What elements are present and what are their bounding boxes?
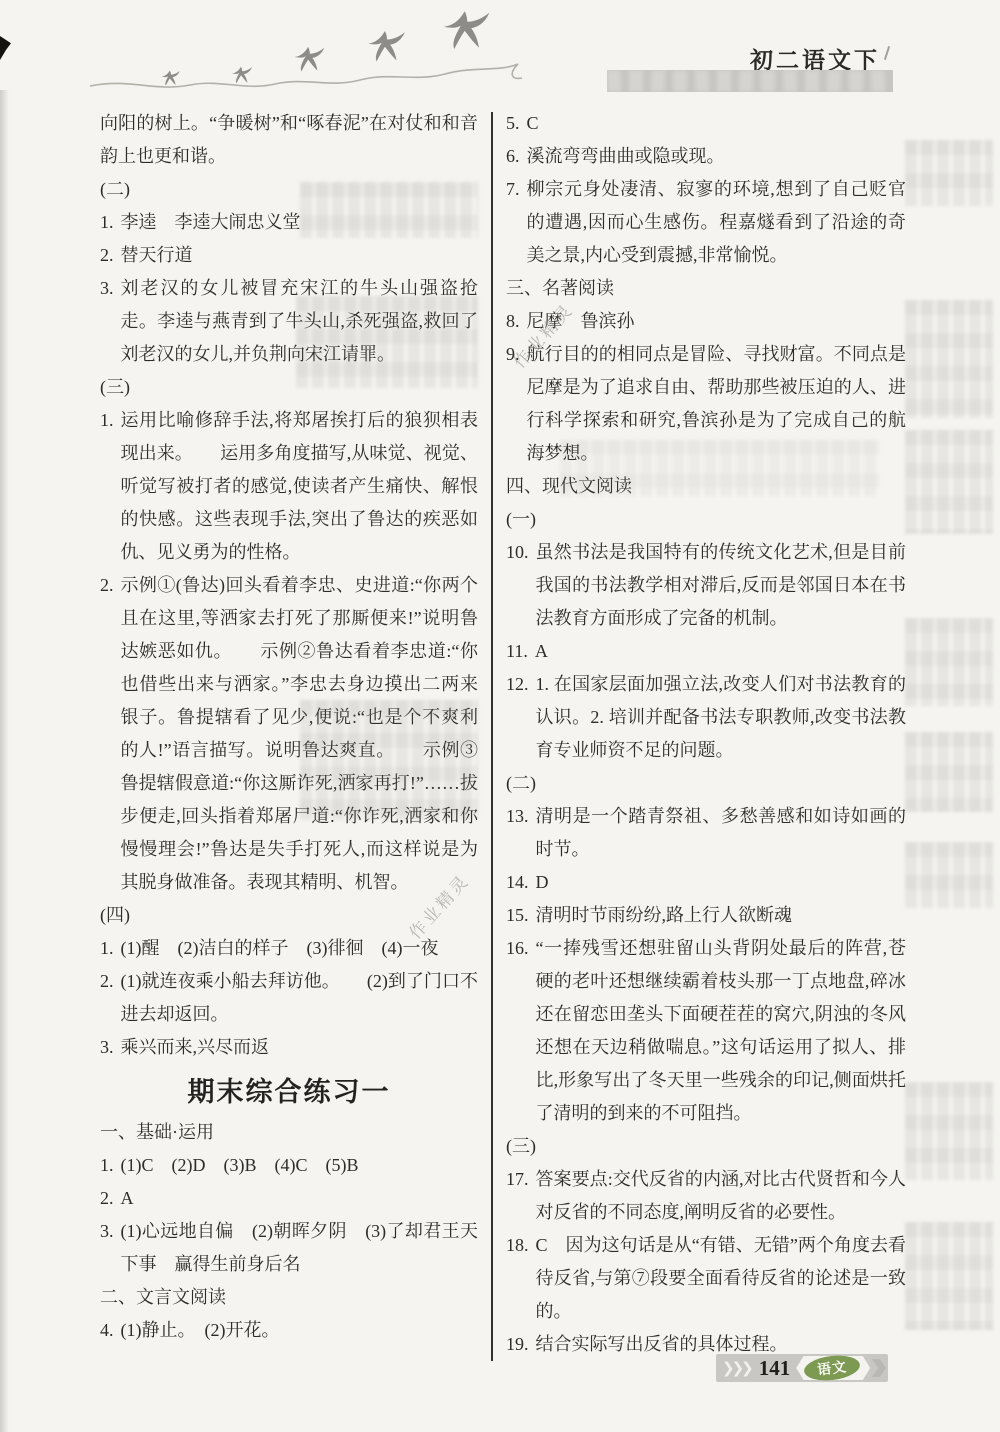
item-number: 6. [506, 140, 527, 173]
item-number: 1. [100, 932, 121, 965]
item-number: 14. [506, 866, 536, 899]
item-text: 李逵 李逵大闹忠义堂 [121, 206, 479, 239]
answer-item: 15.清明时节雨纷纷,路上行人欲断魂 [506, 899, 906, 932]
item-text: A [535, 635, 906, 668]
item-number: 1. [100, 206, 121, 239]
page-number: 141 [759, 1356, 791, 1381]
section-label: 一、基础·运用 [100, 1116, 478, 1149]
answer-item: 12.1. 在国家层面加强立法,改变人们对书法教育的认识。2. 培训并配备书法专… [506, 668, 906, 767]
item-number: 11. [506, 635, 535, 668]
item-text: 柳宗元身处凄清、寂寥的环境,想到了自己贬官的遭遇,因而心生感伤。程嘉燧看到了沿途… [527, 173, 907, 272]
item-number: 18. [506, 1229, 536, 1328]
item-text: 虽然书法是我国特有的传统文化艺术,但是目前我国的书法教学相对滞后,反而是邻国日本… [536, 536, 907, 635]
section-label: 四、现代文阅读 [506, 470, 906, 503]
section-label: (三) [100, 371, 478, 404]
answer-item: 9.航行目的的相同点是冒险、寻找财富。不同点是尼摩是为了追求自由、帮助那些被压迫… [506, 338, 906, 470]
answer-item: 3.(1)心远地自偏 (2)朝晖夕阴 (3)了却君王天下事 赢得生前身后名 [100, 1215, 478, 1281]
answer-columns: 向阳的树上。“争暖树”和“啄春泥”在对仗和和音韵上也更和谐。(二)1.李逵 李逵… [100, 107, 906, 1361]
item-number: 3. [100, 272, 121, 371]
item-text: C [527, 107, 907, 140]
item-number: 1. [100, 404, 121, 569]
answer-item: 18.C 因为这句话是从“有错、无错”两个角度去看待反省,与第⑦段要全面看待反省… [506, 1229, 906, 1328]
bleedthrough-smudge [905, 732, 993, 812]
answer-item: 16.“一捧残雪还想驻留山头背阴处最后的阵营,苍硬的老叶还想继续霸着枝头那一丁点… [506, 932, 906, 1130]
item-number: 10. [506, 536, 536, 635]
item-text: D [536, 866, 907, 899]
answer-paragraph: 向阳的树上。“争暖树”和“啄春泥”在对仗和和音韵上也更和谐。 [100, 107, 478, 173]
item-number: 19. [506, 1328, 536, 1361]
bleedthrough-smudge [905, 430, 993, 534]
item-number: 4. [100, 1314, 121, 1347]
answer-item: 10.虽然书法是我国特有的传统文化艺术,但是目前我国的书法教学相对滞后,反而是邻… [506, 536, 906, 635]
item-text: 运用比喻修辞手法,将郑屠挨打后的狼狈相表现出来。 运用多角度描写,从味觉、视觉、… [121, 404, 479, 569]
answer-item: 6.溪流弯弯曲曲或隐或现。 [506, 140, 906, 173]
item-text: 答案要点:交代反省的内涵,对比古代贤哲和今人对反省的不同态度,阐明反省的必要性。 [536, 1163, 907, 1229]
item-number: 3. [100, 1215, 121, 1281]
book-page: 初二语文下 向阳的树上。“争暖树”和“啄春泥”在对仗和和音韵上也更和谐。(二)1… [0, 0, 1000, 1432]
item-text: 溪流弯弯曲曲或隐或现。 [527, 140, 907, 173]
item-text: 清明时节雨纷纷,路上行人欲断魂 [536, 899, 907, 932]
answer-item: 1.李逵 李逵大闹忠义堂 [100, 206, 478, 239]
item-text: 乘兴而来,兴尽而返 [121, 1031, 479, 1064]
section-label: (二) [506, 767, 906, 800]
answer-item: 5.C [506, 107, 906, 140]
footer-banner: ❯❯❯ 141 语文 [716, 1354, 888, 1382]
bleedthrough-smudge [905, 300, 993, 418]
answer-item: 3.刘老汉的女儿被冒充宋江的牛头山强盗抢走。李逵与燕青到了牛头山,杀死强盗,救回… [100, 272, 478, 371]
item-number: 1. [100, 1149, 121, 1182]
item-text: (1)C (2)D (3)B (4)C (5)B [121, 1149, 479, 1182]
item-number: 2. [100, 965, 121, 1031]
bleedthrough-smudge [905, 1222, 993, 1330]
column-divider [491, 112, 493, 1361]
item-number: 17. [506, 1163, 536, 1229]
item-number: 7. [506, 173, 527, 272]
item-number: 2. [100, 1182, 121, 1215]
item-number: 3. [100, 1031, 121, 1064]
item-number: 15. [506, 899, 536, 932]
section-label: (一) [506, 503, 906, 536]
subject-badge: 语文 [796, 1354, 874, 1382]
exercise-heading: 期末综合练习一 [100, 1072, 478, 1112]
item-text: C 因为这句话是从“有错、无错”两个角度去看待反省,与第⑦段要全面看待反省的论述… [536, 1229, 907, 1328]
subject-label: 语文 [816, 1356, 848, 1380]
answer-column-left: 向阳的树上。“争暖树”和“啄春泥”在对仗和和音韵上也更和谐。(二)1.李逵 李逵… [100, 107, 478, 1361]
bleedthrough-smudge [905, 618, 993, 706]
bleedthrough-smudge [905, 140, 993, 206]
item-text: 示例①(鲁达)回头看着李忠、史进道:“你两个且在这里,等洒家去打死了那厮便来!”… [121, 569, 479, 899]
bleedthrough-smudge [905, 842, 993, 908]
item-number: 8. [506, 305, 527, 338]
section-label: (二) [100, 173, 478, 206]
item-number: 2. [100, 569, 121, 899]
header-rule-bar [607, 70, 893, 92]
answer-item: 1.(1)C (2)D (3)B (4)C (5)B [100, 1149, 478, 1182]
answer-item: 2.A [100, 1182, 478, 1215]
item-text: A [121, 1182, 479, 1215]
item-number: 5. [506, 107, 527, 140]
item-text: “一捧残雪还想驻留山头背阴处最后的阵营,苍硬的老叶还想继续霸着枝头那一丁点地盘,… [536, 932, 907, 1130]
item-text: 尼摩 鲁滨孙 [527, 305, 907, 338]
item-text: (1)心远地自偏 (2)朝晖夕阴 (3)了却君王天下事 赢得生前身后名 [121, 1215, 479, 1281]
item-text: 刘老汉的女儿被冒充宋江的牛头山强盗抢走。李逵与燕青到了牛头山,杀死强盗,救回了刘… [121, 272, 479, 371]
answer-item: 2.(1)就连夜乘小船去拜访他。 (2)到了门口不进去却返回。 [100, 965, 478, 1031]
section-label: 二、文言文阅读 [100, 1281, 478, 1314]
answer-item: 4.(1)静止。 (2)开花。 [100, 1314, 478, 1347]
answer-column-right: 5.C6.溪流弯弯曲曲或隐或现。7.柳宗元身处凄清、寂寥的环境,想到了自己贬官的… [506, 107, 906, 1361]
item-number: 16. [506, 932, 536, 1130]
answer-item: 1.运用比喻修辞手法,将郑屠挨打后的狼狈相表现出来。 运用多角度描写,从味觉、视… [100, 404, 478, 569]
answer-item: 2.示例①(鲁达)回头看着李忠、史进道:“你两个且在这里,等洒家去打死了那厮便来… [100, 569, 478, 899]
item-text: (1)静止。 (2)开花。 [121, 1314, 479, 1347]
chevrons-icon: ❯❯❯ [722, 1359, 751, 1377]
item-number: 13. [506, 800, 536, 866]
item-number: 12. [506, 668, 536, 767]
item-number: 2. [100, 239, 121, 272]
bleedthrough-smudge [905, 1082, 993, 1180]
page-gutter-shadow [0, 90, 9, 1432]
item-text: 替天行道 [121, 239, 479, 272]
page-curl-mark [0, 36, 11, 60]
answer-item: 14.D [506, 866, 906, 899]
item-text: 清明是一个踏青祭祖、多愁善感和如诗如画的时节。 [536, 800, 907, 866]
answer-item: 3.乘兴而来,兴尽而返 [100, 1031, 478, 1064]
answer-item: 13.清明是一个踏青祭祖、多愁善感和如诗如画的时节。 [506, 800, 906, 866]
answer-item: 7.柳宗元身处凄清、寂寥的环境,想到了自己贬官的遭遇,因而心生感伤。程嘉燧看到了… [506, 173, 906, 272]
item-text: (1)就连夜乘小船去拜访他。 (2)到了门口不进去却返回。 [121, 965, 479, 1031]
item-text: 航行目的的相同点是冒险、寻找财富。不同点是尼摩是为了追求自由、帮助那些被压迫的人… [527, 338, 907, 470]
item-text: 1. 在国家层面加强立法,改变人们对书法教育的认识。2. 培训并配备书法专职教师… [536, 668, 907, 767]
answer-item: 17.答案要点:交代反省的内涵,对比古代贤哲和今人对反省的不同态度,阐明反省的必… [506, 1163, 906, 1229]
section-label: 三、名著阅读 [506, 272, 906, 305]
section-label: (三) [506, 1130, 906, 1163]
answer-item: 11.A [506, 635, 906, 668]
answer-item: 2.替天行道 [100, 239, 478, 272]
flying-birds-icon [60, 8, 530, 108]
